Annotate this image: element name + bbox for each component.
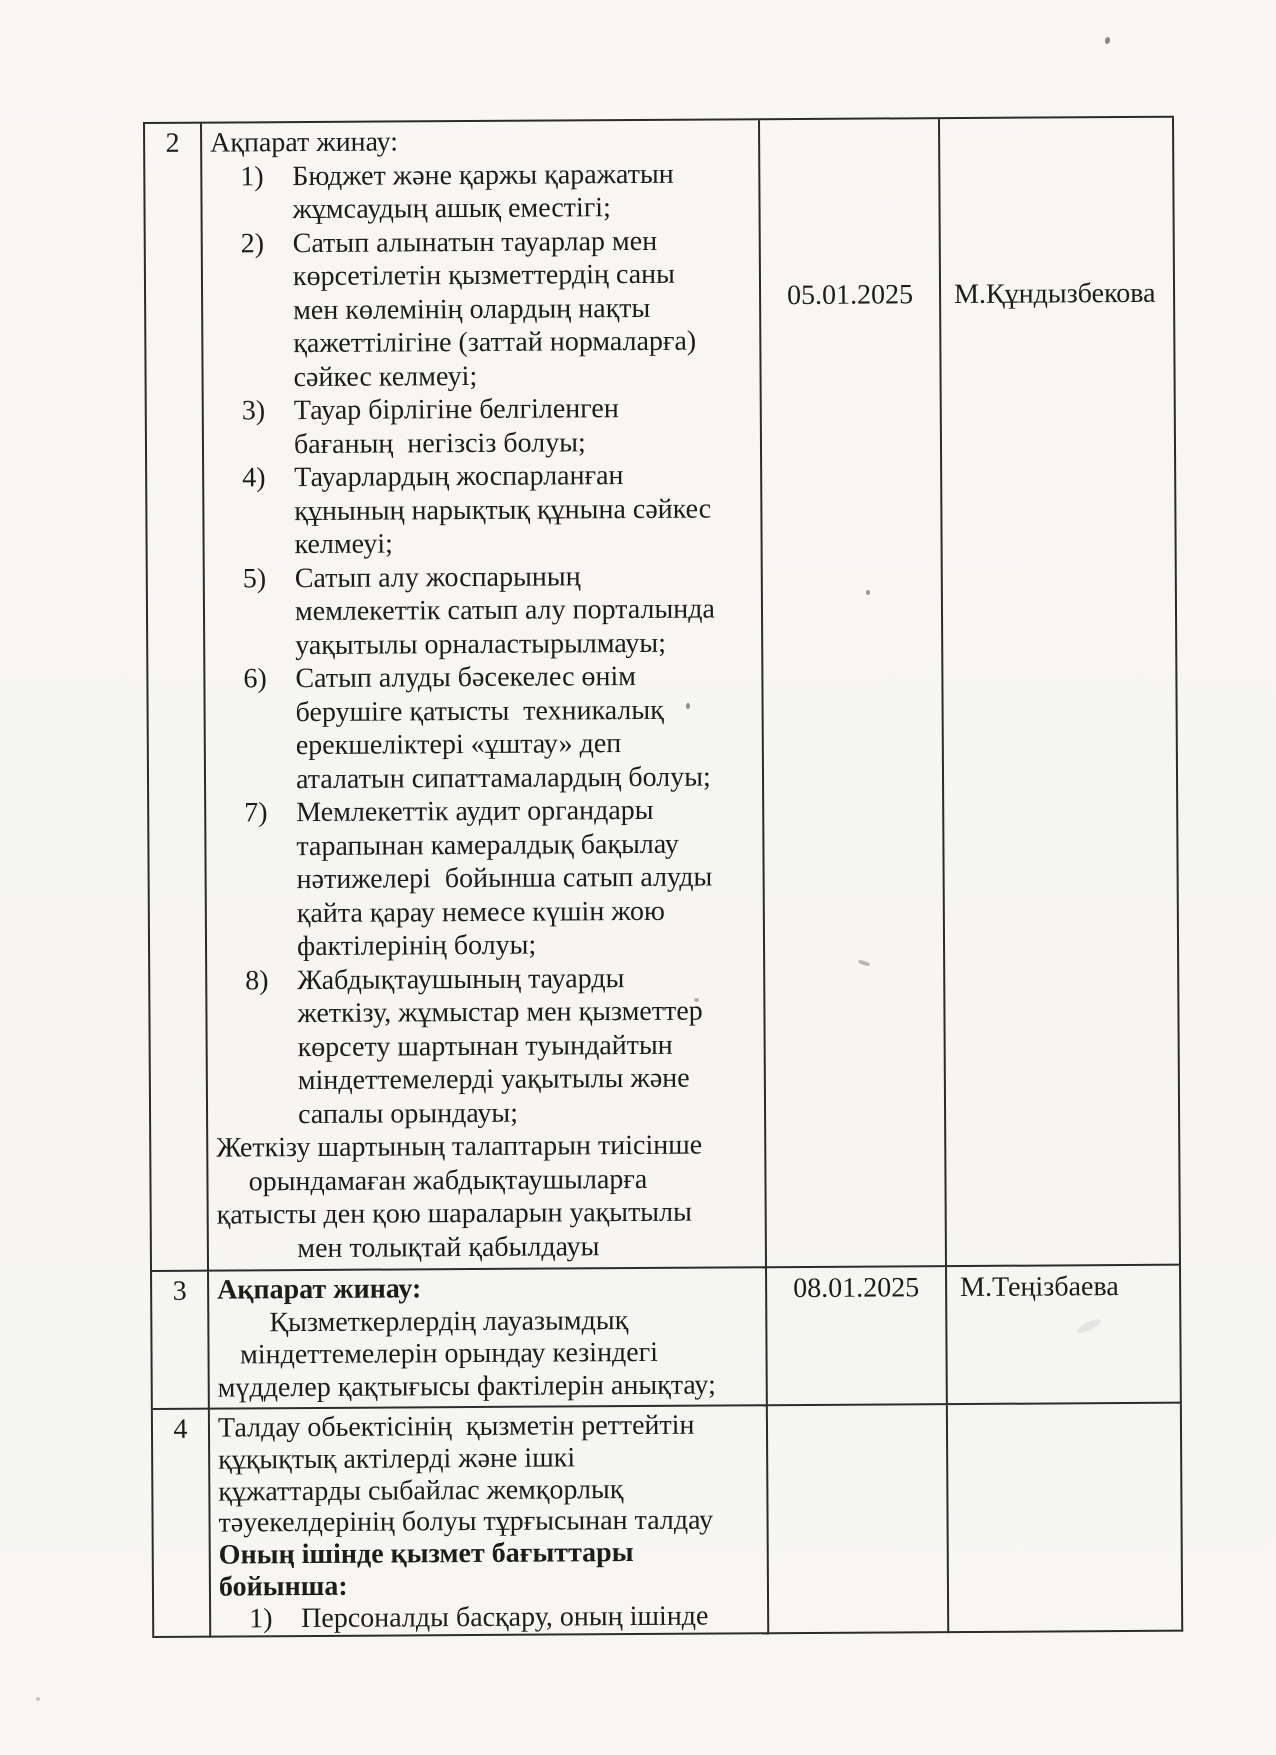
scan-speck (686, 703, 690, 709)
scanned-document-page: { "document": { "language": "kk", "color… (0, 0, 1276, 1755)
text-line: Оның ішінде қызмет бағыттары (219, 1536, 767, 1571)
text-line: сапалы орындауы; (298, 1095, 764, 1131)
text-block-item: 1)Персоналды басқару, оның ішінде (211, 1600, 767, 1635)
text-block-center: Жеткізу шартының талаптарын тиісіншеорын… (208, 1128, 765, 1265)
text-line: мүдделер қақтығысы фактілерін анықтау; (218, 1369, 681, 1404)
scan-speck (694, 998, 699, 1002)
text-line: Жабдықтаушының тауарды (297, 961, 763, 997)
text-line: Персоналды басқару, оның ішінде (301, 1600, 767, 1635)
text-line: көрсету шартынан туындайтын (298, 1028, 764, 1064)
text-line: қажеттілігіне (заттай нормаларға) (293, 324, 759, 360)
table-row: 4Талдау обьектісінің қызметін реттейтінқ… (153, 1404, 1183, 1638)
text-line: жұмсаудың ашық еместігі; (292, 190, 758, 226)
list-marker: 6) (243, 662, 267, 696)
list-marker: 2) (241, 227, 265, 261)
text-block-item: 3)Тауар бірлігіне белгіленгенбағаның нег… (204, 391, 760, 461)
text-line: Ақпарат жинау: (210, 123, 758, 160)
text-block-plain: Талдау обьектісінің қызметін реттейтінқұ… (210, 1409, 767, 1540)
text-line: фактілерінің болуы; (297, 927, 763, 963)
list-marker: 3) (242, 394, 266, 428)
text-line: келмеуі; (294, 525, 760, 561)
text-line: Ақпарат жинау: (217, 1271, 765, 1307)
text-line: Сатып алуды бәсекелес өнім (295, 659, 761, 695)
text-line: міндеттемелерді уақытылы және (298, 1061, 764, 1097)
date-cell (768, 1405, 949, 1634)
list-marker: 1) (249, 1603, 273, 1635)
text-line: Қызметкерлердің лауазымдық (217, 1304, 680, 1339)
scan-speck (866, 590, 870, 595)
list-marker: 4) (242, 461, 266, 495)
text-line: бойынша: (219, 1568, 767, 1603)
text-line: қайта қарау немесе күшін жою (297, 894, 763, 930)
text-block-item: 4)Тауарлардың жоспарланғанқұнының нарықт… (204, 458, 761, 562)
text-block-item: 7)Мемлекеттік аудит органдарытарапынан к… (206, 793, 763, 964)
date-cell: 05.01.2025 (760, 119, 947, 1268)
text-line: аталатын сипаттамалардың болуы; (296, 760, 762, 796)
text-line: мемлекеттік сатып алу порталында (295, 592, 761, 628)
text-block-plain: Ақпарат жинау: (202, 123, 758, 160)
responsible-person-cell: М.Теңізбаева (947, 1266, 1182, 1405)
text-line: тәуекелдерінің болуы тұрғысынан талдау (218, 1505, 766, 1540)
text-line: сәйкес келмеуі; (293, 358, 759, 394)
document-table: 2Ақпарат жинау:1)Бюджет және қаржы қараж… (143, 116, 1183, 1638)
text-line: тарапынан камералдық бақылау (296, 827, 762, 863)
text-line: Тауарлардың жоспарланған (294, 458, 760, 494)
text-line: берушіге қатысты техникалық (296, 693, 762, 729)
text-line: қатысты ден қою шараларын уақытылы (217, 1196, 680, 1232)
text-line: мен толықтай қабылдауы (217, 1229, 680, 1265)
list-marker: 5) (243, 562, 267, 596)
list-marker: 8) (245, 964, 269, 998)
list-marker: 7) (244, 796, 268, 830)
table-row: 2Ақпарат жинау:1)Бюджет және қаржы қараж… (145, 118, 1181, 1272)
text-line: Сатып алу жоспарының (295, 559, 761, 595)
text-block-center: Қызметкерлердің лауазымдықміндеттемелері… (209, 1304, 766, 1405)
scan-speck (1104, 36, 1111, 44)
text-line: міндеттемелерін орындау кезіндегі (217, 1337, 680, 1372)
text-line: құқықтық актілерді және ішкі (218, 1441, 766, 1476)
scan-speck (36, 1697, 40, 1701)
row-number-cell: 4 (153, 1410, 211, 1638)
responsible-person-cell: М.Құндызбекова (940, 118, 1181, 1267)
date-cell: 08.01.2025 (767, 1267, 948, 1406)
text-line: Жеткізу шартының талаптарын тиісінше (216, 1129, 679, 1165)
text-line: нәтижелері бойынша сатып алуды (297, 860, 763, 896)
text-line: Тауар бірлігіне белгіленген (294, 391, 760, 427)
text-line: Мемлекеттік аудит органдары (296, 793, 762, 829)
text-line: құжаттарды сыбайлас жемқорлық (218, 1473, 766, 1508)
list-marker: 1) (240, 160, 264, 194)
task-description-cell: Ақпарат жинау:Қызметкерлердің лауазымдық… (209, 1268, 768, 1409)
text-line: көрсетілетін қызметтердің саны (293, 257, 759, 293)
text-block-bold: Ақпарат жинау: (209, 1271, 765, 1307)
row-number-cell: 2 (145, 124, 209, 1272)
responsible-person-cell (948, 1404, 1183, 1633)
text-line: уақытылы орналастырылмауы; (295, 626, 761, 662)
text-block-item: 1)Бюджет және қаржы қаражатынжұмсаудың а… (202, 157, 758, 227)
text-block-item: 2)Сатып алынатын тауарлар менкөрсетілеті… (203, 224, 760, 395)
text-line: орындамаған жабдықтаушыларға (216, 1162, 679, 1198)
text-block-bold: Оның ішінде қызмет бағыттарыбойынша: (211, 1536, 767, 1603)
task-description-cell: Ақпарат жинау:1)Бюджет және қаржы қаража… (202, 120, 767, 1271)
text-block-item: 5)Сатып алу жоспарыныңмемлекеттік сатып … (205, 559, 762, 663)
text-line: ерекшеліктері «ұштау» деп (296, 726, 762, 762)
table-row: 3Ақпарат жинау:Қызметкерлердің лауазымды… (152, 1266, 1182, 1410)
text-line: Бюджет және қаржы қаражатын (292, 157, 758, 193)
text-block-item: 6)Сатып алуды бәсекелес өнімберушіге қат… (205, 659, 762, 796)
text-line: мен көлемінің олардың нақты (293, 291, 759, 327)
text-line: Талдау обьектісінің қызметін реттейтін (218, 1409, 766, 1444)
text-line: құнының нарықтық құнына сәйкес (294, 492, 760, 528)
text-line: бағаның негізсіз болуы; (294, 425, 760, 461)
text-line: Сатып алынатын тауарлар мен (293, 224, 759, 260)
text-block-item: 8)Жабдықтаушының тауардыжеткізу, жұмыста… (207, 961, 764, 1132)
task-description-cell: Талдау обьектісінің қызметін реттейтінқұ… (210, 1406, 769, 1637)
row-number-cell: 3 (152, 1272, 210, 1410)
